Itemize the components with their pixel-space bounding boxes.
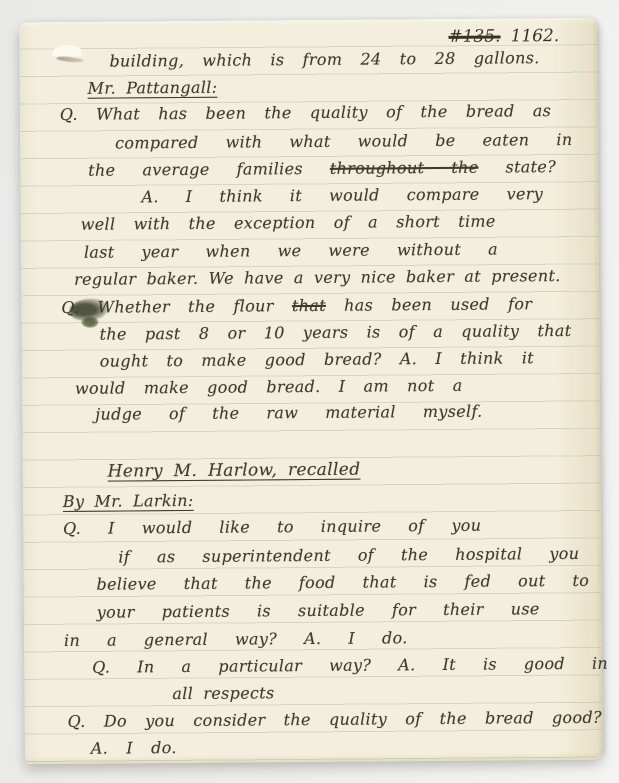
- handwritten-line: the past 8 or 10 years is of a quality t…: [99, 321, 571, 345]
- handwritten-line: your patients is suitable for their use: [97, 599, 540, 622]
- handwritten-line: A. I think it would compare very: [141, 184, 543, 207]
- handwritten-line: the average families throughout the stat…: [88, 157, 556, 181]
- handwritten-line: Q. What has been the quality of the brea…: [60, 101, 552, 125]
- scanned-document-photo: { "document": { "kind": "handwritten hea…: [0, 0, 619, 783]
- handwritten-line: if as superintendent of the hospital you: [118, 544, 579, 568]
- handwritten-line: Q. Do you consider the quality of the br…: [68, 708, 602, 732]
- struck-words: throughout the: [330, 158, 479, 178]
- ink-blot-small: [81, 317, 98, 328]
- handwritten-line: in a general way? A. I do.: [64, 628, 408, 651]
- handwritten-line: regular baker. We have a very nice baker…: [74, 266, 561, 290]
- page-number-struck: #135.: [448, 27, 500, 47]
- page-number-current: 1162.: [510, 26, 559, 46]
- handwritten-line: judge of the raw material myself.: [95, 402, 482, 425]
- speaker-heading-larkin: By Mr. Larkin:: [63, 491, 194, 512]
- handwritten-line: all respects: [172, 683, 274, 704]
- handwritten-line: Q. In a particular way? A. It is good in: [92, 654, 608, 678]
- witness-heading-harlow: Henry M. Harlow, recalled: [108, 460, 361, 482]
- handwritten-line: Q. I would like to inquire of you: [63, 516, 481, 539]
- handwritten-line: well with the exception of a short time: [81, 212, 496, 235]
- document-page: #135.1162. building, which is from 24 to…: [19, 18, 603, 763]
- handwritten-line: Q. Whether the flour that has been used …: [61, 294, 532, 318]
- handwritten-line: ought to make good bread? A. I think it: [100, 348, 534, 371]
- handwritten-line: A. I do.: [91, 738, 177, 759]
- struck-word: that: [292, 296, 326, 315]
- handwritten-line: compared with what would be eaten in: [115, 130, 573, 154]
- handwritten-line: believe that the food that is fed out to: [96, 571, 589, 595]
- page-number: #135.1162.: [448, 26, 559, 47]
- handwritten-line: would make good bread. I am not a: [75, 376, 463, 399]
- handwritten-line: last year when we were without a: [84, 240, 498, 263]
- speaker-heading-pattangall: Mr. Pattangall:: [88, 78, 218, 99]
- handwritten-line: building, which is from 24 to 28 gallons…: [109, 48, 539, 71]
